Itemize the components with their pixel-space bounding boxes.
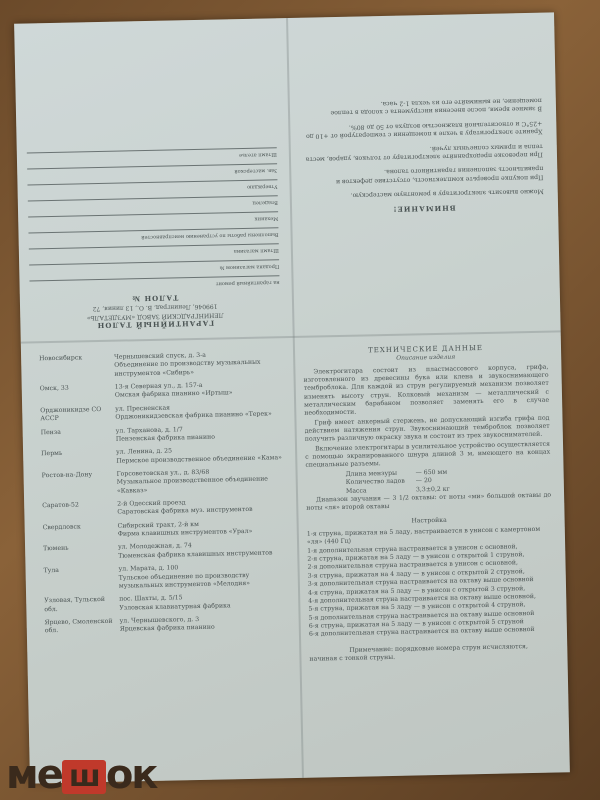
factory-details: ул. Молодежная, д. 74Тюменская фабрика к… <box>118 540 293 560</box>
factory-details: Сибирский тракт, 2-й кмФирма клавишных и… <box>118 519 293 539</box>
factory-row: НовосибирскЧернышевский спуск, д. 3-аОбъ… <box>39 350 289 380</box>
factory-details: Горсоветовская ул., д. 83/68Музыкальное … <box>116 467 291 496</box>
document-sheet: ГАРАНТИЙНЫЙ ТАЛОН ЛЕНИНГРАДСКИЙ ЗАВОД «М… <box>14 12 570 783</box>
logo-text-right: ок <box>106 752 157 798</box>
factory-details: ул. Ленина, д. 25Пермское производственн… <box>116 445 291 465</box>
factory-details: пос. Шахты, д. 5/15Узловская клавиатурна… <box>119 592 294 612</box>
factory-details: 13-я Северная ул., д. 157-аОмская фабрик… <box>115 380 290 400</box>
warranty-field: Штамп магазина <box>29 243 279 258</box>
factory-row: Узловая, Тульской обл.пос. Шахты, д. 5/1… <box>44 592 294 614</box>
warranty-field: Выполнены работы по устранению неисправн… <box>28 227 278 242</box>
tuning-list: 1-я струна, прижатая на 5 ладу, настраив… <box>307 526 554 640</box>
lower-half: НовосибирскЧернышевский спуск, д. 3-аОбъ… <box>21 332 570 783</box>
tech-description: Электрогитара состоит из пластмассового … <box>303 363 550 470</box>
technical-data: ТЕХНИЧЕСКИЕ ДАННЫЕ Описание изделия Элек… <box>303 343 555 664</box>
factory-list: НовосибирскЧернышевский спуск, д. 3-аОбъ… <box>39 350 295 641</box>
factory-city: Саратов-52 <box>42 501 117 519</box>
factory-city: Свердловск <box>43 522 118 540</box>
tech-paragraph: Включение электрогитары в усилительное у… <box>305 440 550 470</box>
attention-text: Можно вывозить электрогитару в ремонтную… <box>302 95 544 200</box>
factory-city: Пенза <box>41 427 116 445</box>
factory-name: Тульское объединение по производству муз… <box>119 571 294 591</box>
attention-section: ВНИМАНИЕ! Можно вывозить электрогитару в… <box>302 89 544 216</box>
tuning-note: Примечание: порядковые номера струн исчи… <box>309 642 554 664</box>
factory-details: ул. Чернышевского, д. 3Ярцевская фабрика… <box>120 614 295 634</box>
factory-city: Тула <box>43 566 119 593</box>
logo-text-left: ме <box>6 752 62 798</box>
factory-city: Орджоникидзе СО АССР <box>40 406 115 424</box>
factory-row: Омск, 3313-я Северная ул., д. 157-аОмска… <box>40 380 290 402</box>
factory-city: Ярцево, Смоленской обл. <box>45 618 120 636</box>
factory-details: ул. ПресненскаяОрджоникидзевская фабрика… <box>115 402 290 422</box>
factory-city: Тюмень <box>43 544 118 562</box>
attention-paragraph: Храните электрогитару в чехле в помещени… <box>302 118 542 140</box>
warranty-field: на гарантийный ремонт <box>29 275 279 290</box>
factory-city: Омск, 33 <box>40 384 115 402</box>
factory-city: Пермь <box>41 449 116 467</box>
warranty-field: Продана магазином № <box>29 259 279 274</box>
factory-row: Орджоникидзе СО АССРул. ПресненскаяОрджо… <box>40 402 290 424</box>
factory-details: Чернышевский спуск, д. 3-аОбъединение по… <box>114 350 289 379</box>
factory-row: Тулаул. Марата, д. 100Тульское объединен… <box>43 562 293 592</box>
warranty-field: Утверждаю <box>27 179 277 194</box>
factory-name: Музыкальное производственное объединение… <box>117 475 292 495</box>
attention-paragraph: При перевозке предохраняйте электрогитар… <box>303 141 543 163</box>
upper-half-inverted: ГАРАНТИЙНЫЙ ТАЛОН ЛЕНИНГРАДСКИЙ ЗАВОД «М… <box>14 12 561 341</box>
factory-details: ул. Тарханова, д. 1/7Пензенская фабрика … <box>116 424 291 444</box>
attention-paragraph: Можно вывозить электрогитару в ремонтную… <box>304 187 544 200</box>
tech-paragraph: Электрогитара состоит из пластмассового … <box>303 363 549 418</box>
meshok-watermark-logo: мешок <box>6 752 156 798</box>
warranty-fields: на гарантийный ремонтПродана магазином №… <box>27 147 280 290</box>
warranty-coupon: ГАРАНТИЙНЫЙ ТАЛОН ЛЕНИНГРАДСКИЙ ЗАВОД «М… <box>27 141 281 331</box>
warranty-field: Штамп ателье <box>27 147 277 162</box>
shopping-bag-icon: ш <box>62 760 106 794</box>
factory-row: Саратов-522-й Одесский проездСаратовская… <box>42 497 292 519</box>
factory-details: 2-й Одесский проездСаратовская фабрика м… <box>117 497 292 517</box>
spec-value: — 650 мм <box>416 469 448 478</box>
factory-city: Новосибирск <box>39 354 115 381</box>
warranty-field: Механик <box>28 211 278 226</box>
spec-value: — 20 <box>416 477 432 486</box>
factory-city: Ростов-на-Дону <box>41 471 117 498</box>
factory-row: Тюменьул. Молодежная, д. 74Тюменская фаб… <box>43 540 293 562</box>
factory-row: Пензаул. Тарханова, д. 1/7Пензенская фаб… <box>41 424 291 446</box>
tech-paragraph: Гриф имеет анкерный стержень, не допуска… <box>304 414 549 444</box>
factory-row: Ростов-на-ДонуГорсоветовская ул., д. 83/… <box>41 467 291 497</box>
factory-name: Объединение по производству музыкальных … <box>114 358 289 378</box>
attention-title: ВНИМАНИЕ! <box>304 201 544 215</box>
attention-paragraph: При покупке проверьте комплектность, отс… <box>303 164 543 186</box>
factory-city: Узловая, Тульской обл. <box>44 596 119 614</box>
warranty-field: Владелец <box>28 195 278 210</box>
warranty-field: Зав. мастерской <box>27 163 277 178</box>
factory-details: ул. Марата, д. 100Тульское объединение п… <box>118 562 293 591</box>
factory-row: Пермьул. Ленина, д. 25Пермское производс… <box>41 445 291 467</box>
factory-row: Ярцево, Смоленской обл.ул. Чернышевского… <box>45 614 295 636</box>
factory-row: СвердловскСибирский тракт, 2-й кмФирма к… <box>43 519 293 541</box>
attention-paragraph: В зимнее время, после внесения инструмен… <box>302 95 542 117</box>
